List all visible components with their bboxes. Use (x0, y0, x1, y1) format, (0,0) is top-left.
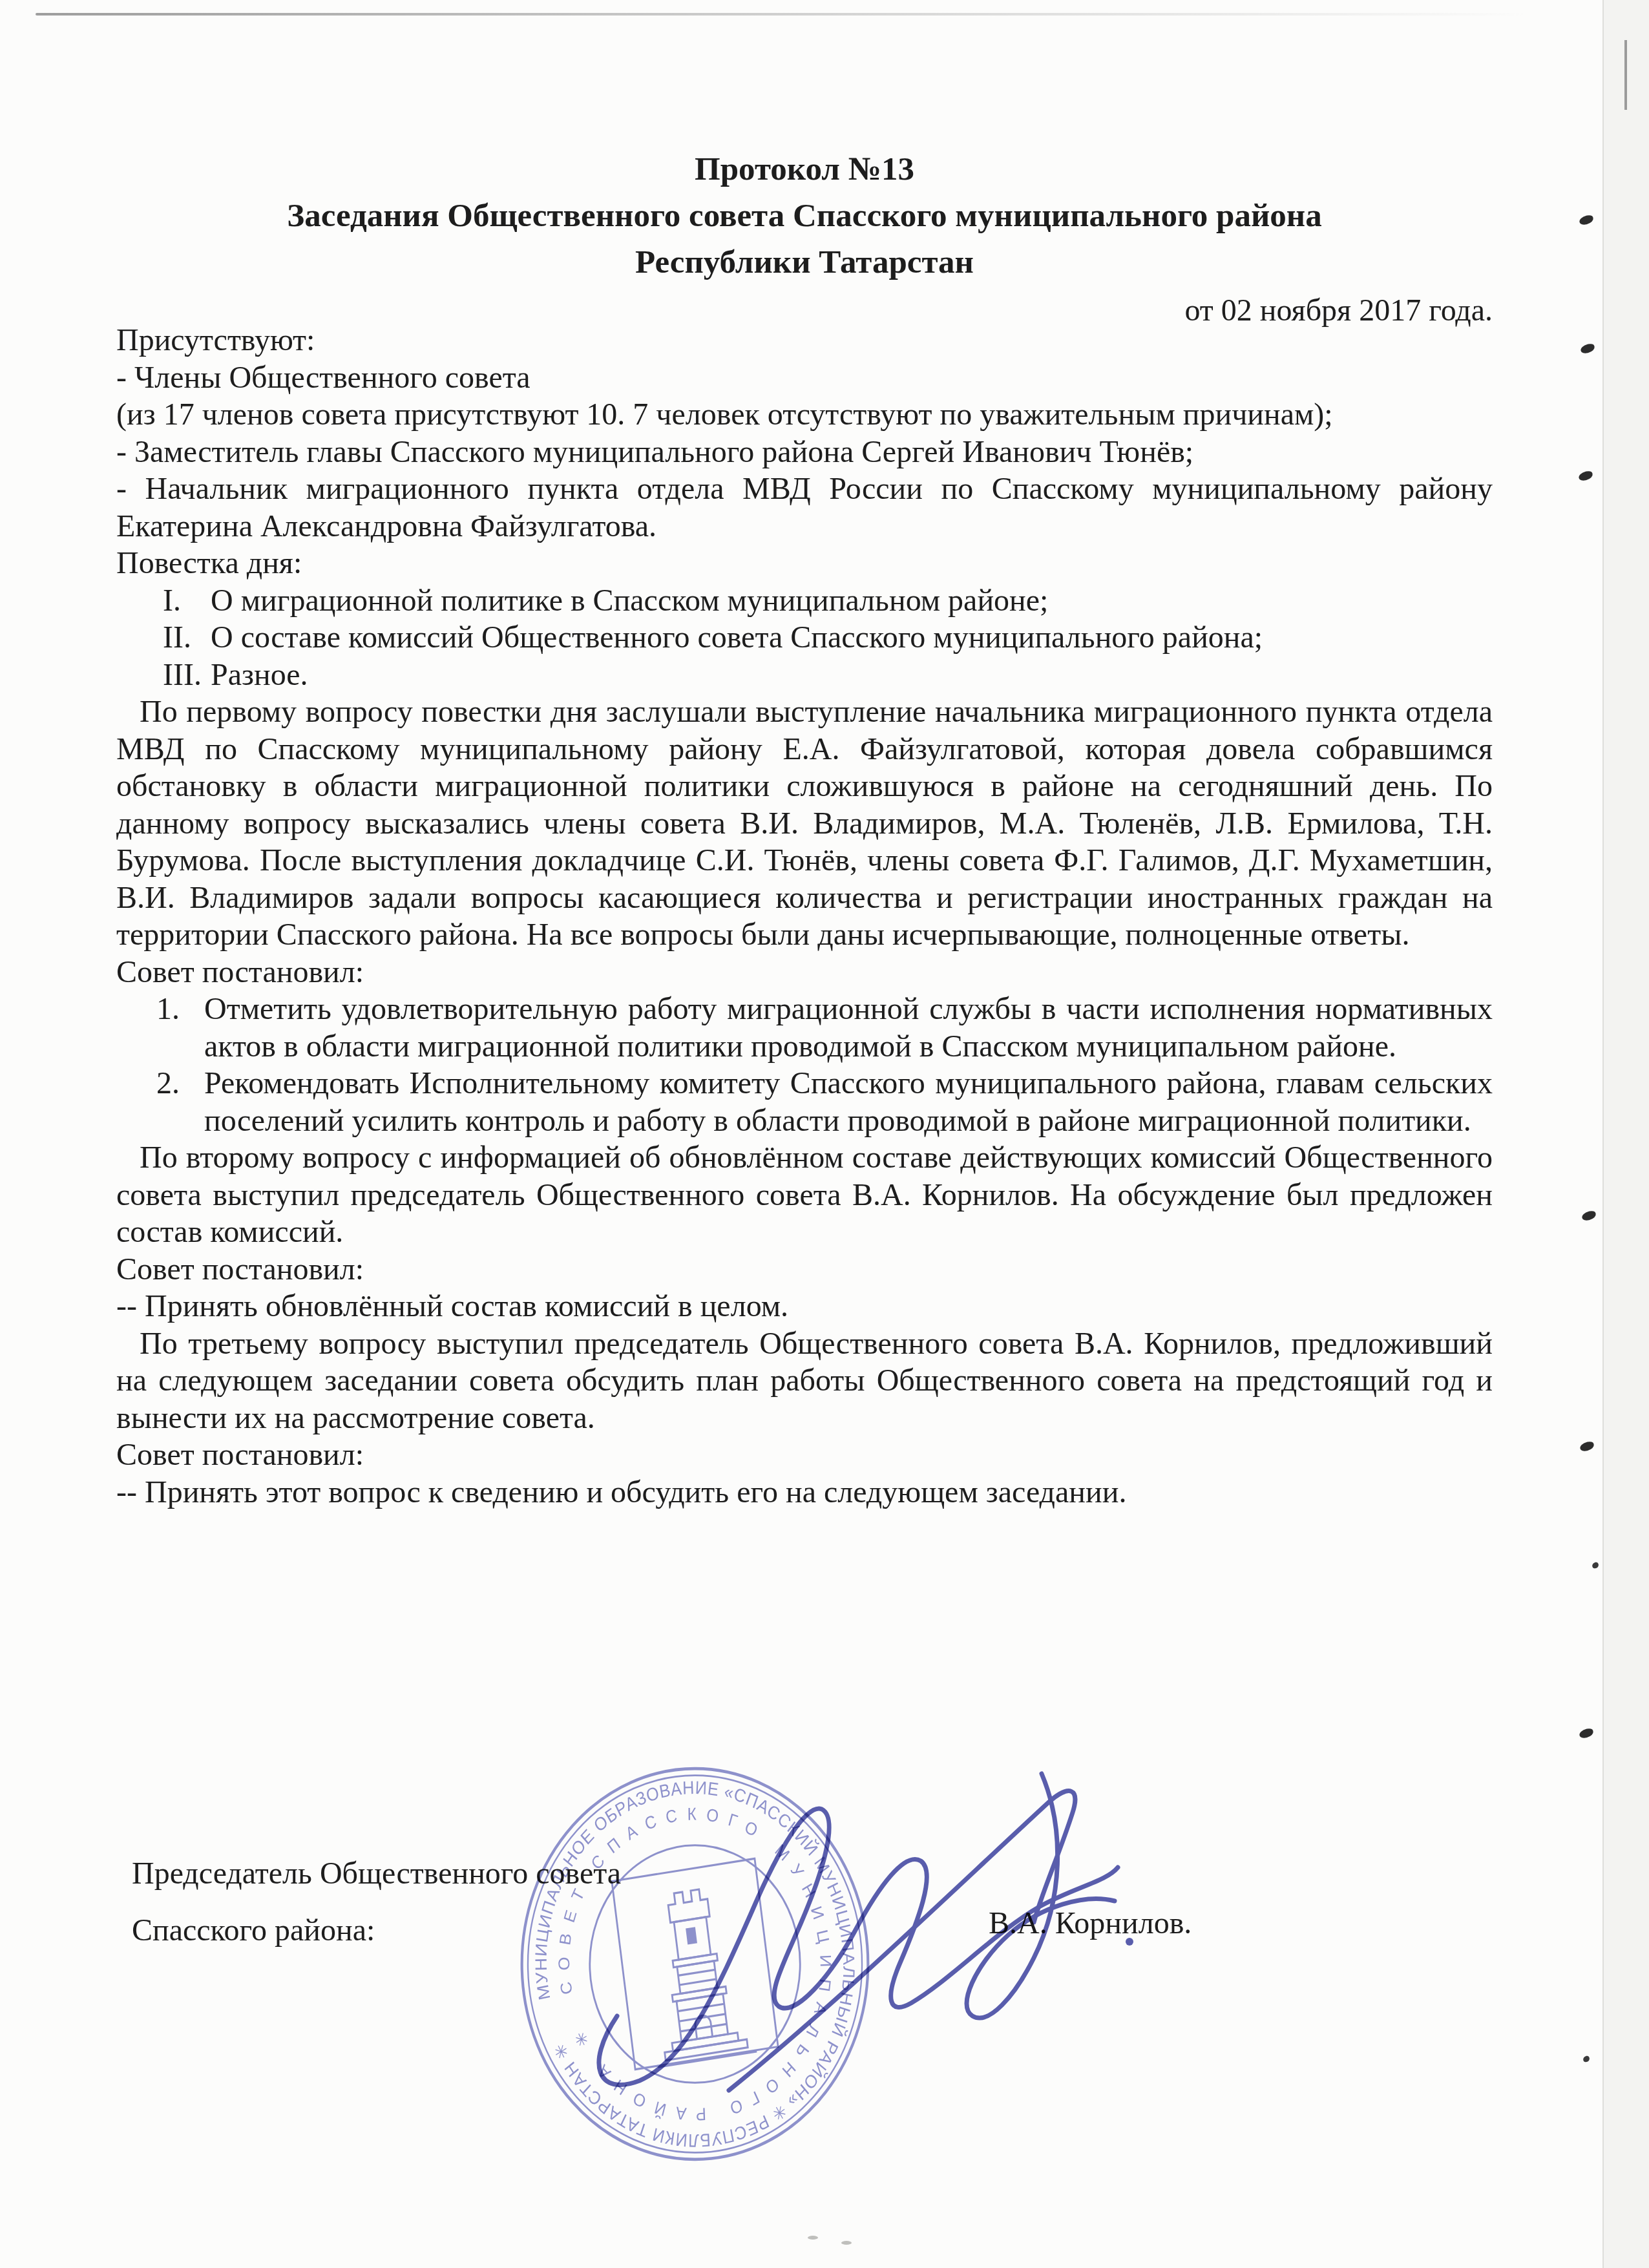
decision-text: Отметить удовлетворительную работу мигра… (204, 992, 1493, 1064)
handwritten-signature (582, 1751, 1163, 2113)
agenda-item-text: О составе комиссий Общественного совета … (211, 619, 1493, 656)
scan-speck (1582, 2055, 1590, 2063)
scan-edge-band (1602, 0, 1649, 2268)
scan-speck (1578, 470, 1593, 482)
title-line-3: Республики Татарстан (116, 239, 1493, 286)
scan-speck (1579, 1728, 1594, 1739)
agenda-item-number: II. (163, 619, 211, 656)
agenda-item-text: О миграционной политике в Спасском муниц… (211, 582, 1493, 620)
present-item: - Начальник миграционного пункта отдела … (116, 470, 1493, 545)
decision-text: -- Принять обновлённый состав комиссий в… (116, 1288, 1493, 1325)
agenda-heading: Повестка дня: (116, 545, 1493, 582)
scan-speck (808, 2236, 818, 2240)
resolution-heading: Совет постановил: (116, 954, 1493, 991)
decision-number: 1. (156, 991, 180, 1028)
scan-speck (841, 2241, 852, 2245)
scanned-protocol-page: Протокол №13 Заседания Общественного сов… (0, 0, 1649, 2268)
signature-strokes (599, 1774, 1133, 2090)
scan-speck (1579, 215, 1594, 226)
title-line-2: Заседания Общественного совета Спасского… (116, 193, 1493, 239)
agenda-item: II. О составе комиссий Общественного сов… (116, 619, 1493, 656)
agenda-item: I. О миграционной политике в Спасском му… (116, 582, 1493, 620)
document-body: Присутствуют: - Члены Общественного сове… (116, 322, 1493, 1511)
question-3-paragraph: По третьему вопросу выступил председател… (116, 1325, 1493, 1437)
decision-item: 1. Отметить удовлетворительную работу ми… (116, 991, 1493, 1065)
resolution-heading: Совет постановил: (116, 1436, 1493, 1474)
scan-speck (1581, 1210, 1597, 1222)
agenda-item-number: III. (163, 656, 211, 694)
document-title: Протокол №13 Заседания Общественного сов… (116, 146, 1493, 286)
agenda-item: III. Разное. (116, 656, 1493, 694)
scan-top-shadow (36, 13, 1528, 16)
resolution-heading: Совет постановил: (116, 1251, 1493, 1288)
scan-speck (1591, 1562, 1599, 1569)
present-item: - Заместитель главы Спасского муниципаль… (116, 434, 1493, 471)
decision-item: 2. Рекомендовать Исполнительному комитет… (116, 1065, 1493, 1139)
decision-text: -- Принять этот вопрос к сведению и обсу… (116, 1474, 1493, 1511)
present-item: (из 17 членов совета присутствуют 10. 7 … (116, 396, 1493, 434)
present-heading: Присутствуют: (116, 322, 1493, 359)
scan-speck (1580, 343, 1595, 355)
question-2-paragraph: По второму вопросу с информацией об обно… (116, 1139, 1493, 1251)
agenda-item-text: Разное. (211, 656, 1493, 694)
scan-speck (1579, 1441, 1595, 1453)
title-line-1: Протокол №13 (116, 146, 1493, 193)
agenda-item-number: I. (163, 582, 211, 620)
decision-number: 2. (156, 1065, 180, 1102)
question-1-paragraph: По первому вопросу повестки дня заслушал… (116, 693, 1493, 954)
decision-text: Рекомендовать Исполнительному комитету С… (204, 1066, 1493, 1138)
scan-corner-mark (1624, 40, 1627, 110)
present-item: - Члены Общественного совета (116, 359, 1493, 397)
